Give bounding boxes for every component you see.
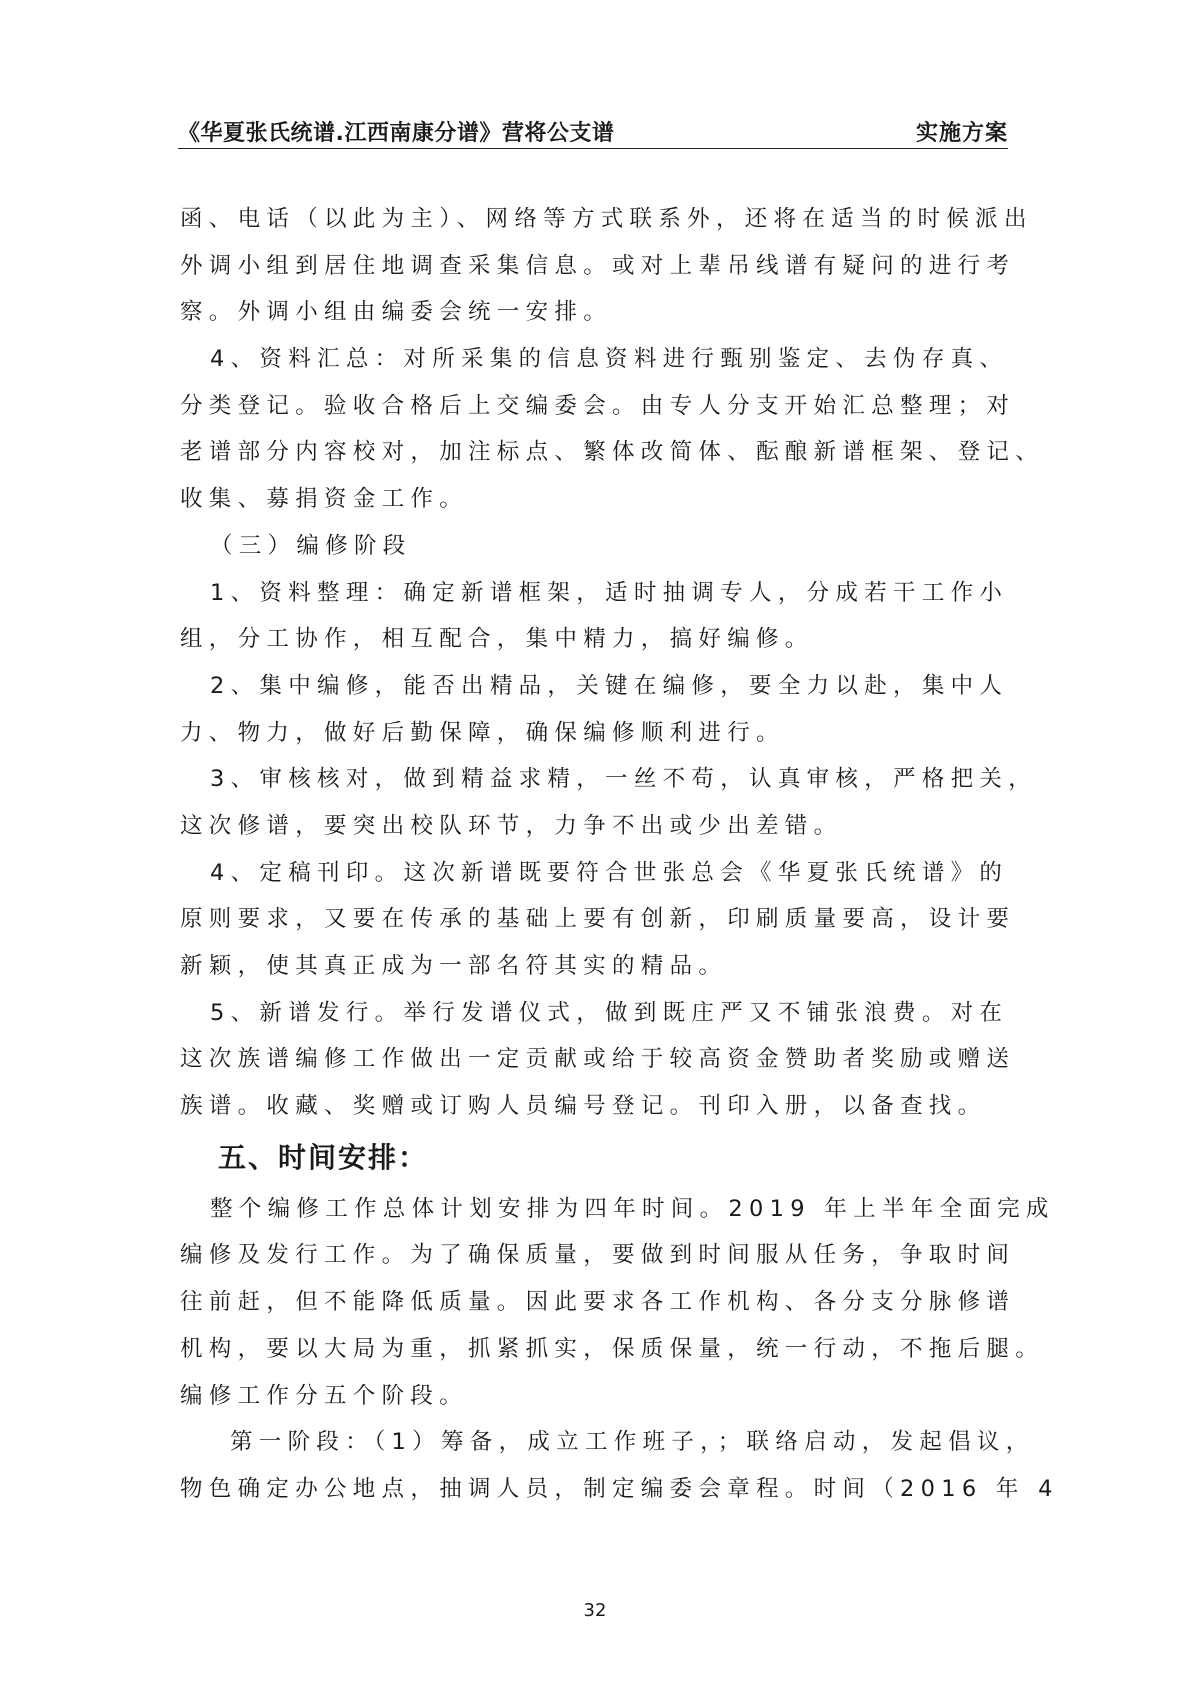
paragraph-line: 这次族谱编修工作做出一定贡献或给于较高资金赞助者奖励或赠送 xyxy=(180,1036,1010,1083)
paragraph-line: 5、新谱发行。举行发谱仪式，做到既庄严又不铺张浪费。对在 xyxy=(180,990,1010,1037)
paragraph-line: 编修及发行工作。为了确保质量，要做到时间服从任务，争取时间 xyxy=(180,1232,1010,1279)
paragraph-line: 整个编修工作总体计划安排为四年时间。2019 年上半年全面完成 xyxy=(180,1186,1010,1233)
paragraph-line: 往前赶，但不能降低质量。因此要求各工作机构、各分支分脉修谱 xyxy=(180,1279,1010,1326)
document-body: 函、电话（以此为主）、网络等方式联系外，还将在适当的时候派出 外调小组到居住地调… xyxy=(180,196,1010,1513)
paragraph-line: 新颖，使其真正成为一部名符其实的精品。 xyxy=(180,943,1010,990)
subsection-heading: （三）编修阶段 xyxy=(180,523,1010,570)
paragraph-line: 老谱部分内容校对，加注标点、繁体改简体、酝酿新谱框架、登记、 xyxy=(180,429,1010,476)
paragraph-line: 族谱。收藏、奖赠或订购人员编号登记。刊印入册，以备查找。 xyxy=(180,1083,1010,1130)
paragraph-line: 3、审核核对，做到精益求精，一丝不苟，认真审核，严格把关， xyxy=(180,756,1010,803)
paragraph-line: 组，分工协作，相互配合，集中精力，搞好编修。 xyxy=(180,616,1010,663)
paragraph-line: 外调小组到居住地调查采集信息。或对上辈吊线谱有疑问的进行考 xyxy=(180,243,1010,290)
paragraph-line: 函、电话（以此为主）、网络等方式联系外，还将在适当的时候派出 xyxy=(180,196,1010,243)
paragraph-line: 分类登记。验收合格后上交编委会。由专人分支开始汇总整理；对 xyxy=(180,383,1010,430)
page-number: 32 xyxy=(0,1600,1190,1621)
paragraph-line: 编修工作分五个阶段。 xyxy=(180,1373,1010,1420)
paragraph-line: 这次修谱，要突出校队环节，力争不出或少出差错。 xyxy=(180,803,1010,850)
paragraph-line: 收集、募捐资金工作。 xyxy=(180,476,1010,523)
paragraph-line: 第一阶段：（1）筹备，成立工作班子，；联络启动，发起倡议， xyxy=(180,1419,1010,1466)
section-heading: 五、时间安排： xyxy=(180,1130,1010,1186)
paragraph-line: 原则要求，又要在传承的基础上要有创新，印刷质量要高，设计要 xyxy=(180,896,1010,943)
section-label: 实施方案 xyxy=(916,116,1008,147)
document-title: 《华夏张氏统谱.江西南康分谱》营将公支谱 xyxy=(178,116,614,147)
paragraph-line: 2、集中编修，能否出精品，关键在编修，要全力以赴，集中人 xyxy=(180,663,1010,710)
paragraph-line: 机构，要以大局为重，抓紧抓实，保质保量，统一行动，不拖后腿。 xyxy=(180,1326,1010,1373)
page-header: 《华夏张氏统谱.江西南康分谱》营将公支谱 实施方案 xyxy=(178,112,1008,149)
paragraph-line: 4、定稿刊印。这次新谱既要符合世张总会《华夏张氏统谱》的 xyxy=(180,850,1010,897)
paragraph-line: 物色确定办公地点，抽调人员，制定编委会章程。时间（2016 年 4 xyxy=(180,1466,1010,1513)
paragraph-line: 1、资料整理：确定新谱框架，适时抽调专人，分成若干工作小 xyxy=(180,570,1010,617)
paragraph-line: 4、资料汇总：对所采集的信息资料进行甄别鉴定、去伪存真、 xyxy=(180,336,1010,383)
paragraph-line: 力、物力，做好后勤保障，确保编修顺利进行。 xyxy=(180,710,1010,757)
paragraph-line: 察。外调小组由编委会统一安排。 xyxy=(180,289,1010,336)
